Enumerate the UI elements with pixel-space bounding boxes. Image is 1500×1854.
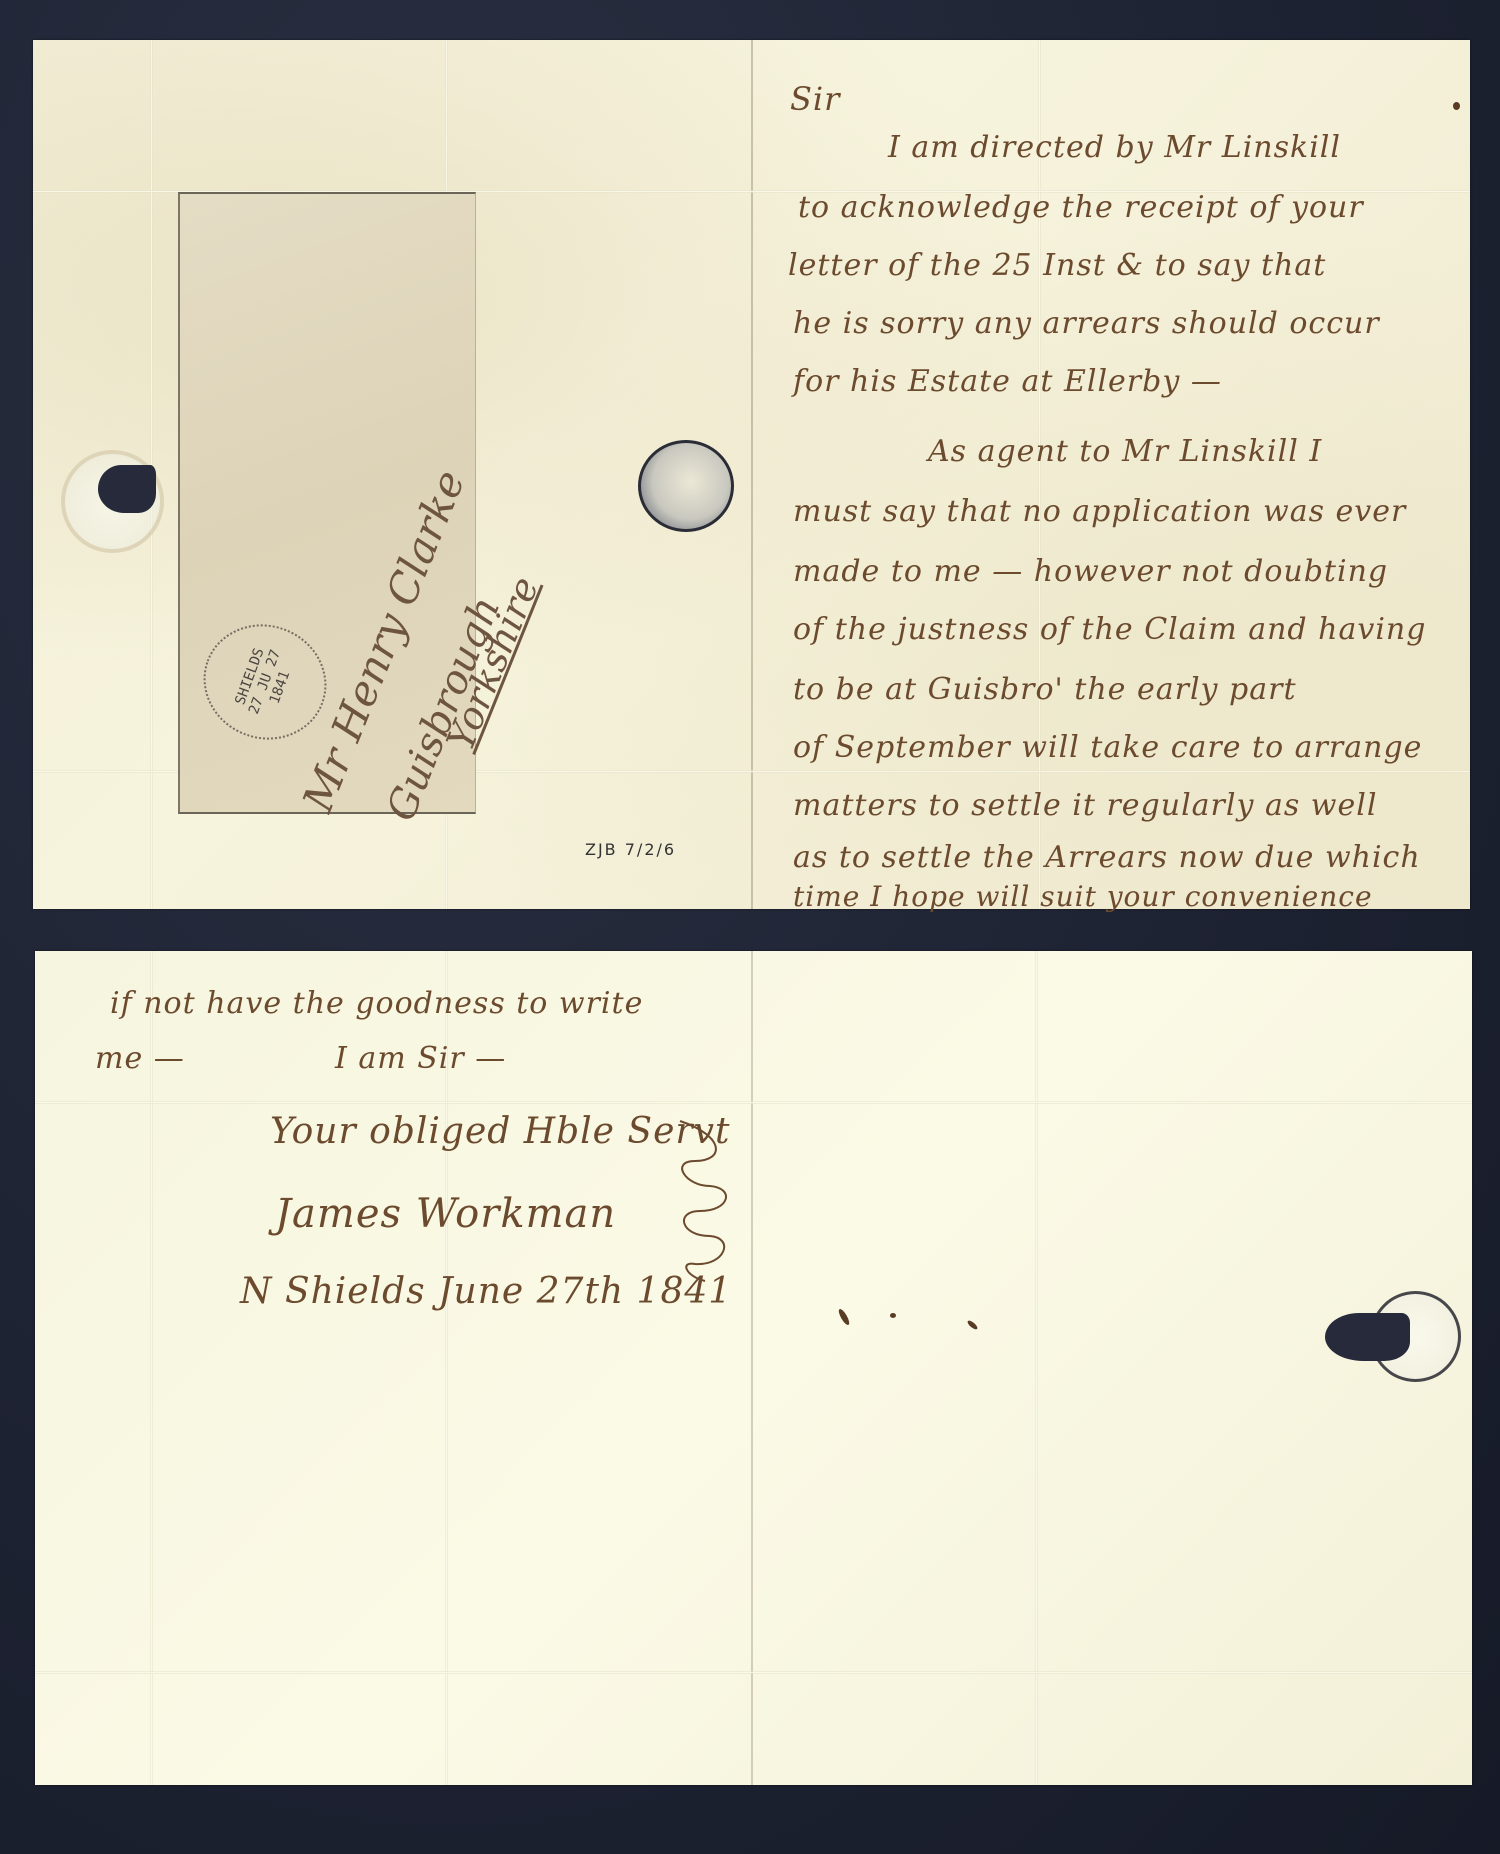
fold-line (1035, 951, 1038, 1785)
letter-line: of September will take care to arrange (793, 730, 1422, 765)
fold-line (35, 1101, 1472, 1104)
ink-offset-mark (890, 1313, 896, 1318)
letter-signature: James Workman (275, 1191, 616, 1237)
wax-seal (638, 440, 734, 532)
torn-seal-hole (98, 465, 156, 513)
fold-line (1038, 40, 1041, 909)
letter-line: for his Estate at Ellerby — (793, 364, 1222, 399)
letter-line: to acknowledge the receipt of your (798, 190, 1364, 225)
fold-line (445, 951, 448, 1785)
letter-line: of the justness of the Claim and having (793, 612, 1426, 647)
sheet-center-fold (751, 951, 753, 1785)
letter-line: time I hope will suit your convenience (793, 880, 1373, 913)
sheet-center-fold (751, 40, 753, 909)
letter-continuation-line: me — (95, 1041, 185, 1076)
ink-offset-mark (966, 1319, 978, 1331)
letter-continuation-line: if not have the goodness to write (110, 986, 643, 1021)
ink-offset-mark (837, 1308, 851, 1327)
fold-line (35, 1671, 1472, 1674)
letter-line: I am directed by Mr Linskill (888, 130, 1341, 165)
letter-line: he is sorry any arrears should occur (793, 306, 1380, 341)
torn-seal-hole (1325, 1313, 1410, 1361)
ink-spot (1453, 102, 1460, 110)
archive-reference: ZJB 7/2/6 (585, 840, 676, 859)
letter-line: as to settle the Arrears now due which (793, 840, 1421, 875)
letter-line: As agent to Mr Linskill I (928, 434, 1322, 469)
letter-line: made to me — however not doubting (793, 554, 1388, 589)
letter-closing: I am Sir — (335, 1041, 506, 1076)
signature-flourish (675, 1116, 735, 1286)
letter-line: must say that no application was ever (793, 494, 1406, 529)
letter-salutation: Sir (790, 80, 840, 118)
letter-valediction: Your obliged Hble Servt (270, 1111, 730, 1152)
letter-sheet-back: if not have the goodness to write me — I… (35, 951, 1472, 1785)
letter-line: letter of the 25 Inst & to say that (788, 248, 1326, 283)
letter-sheet-front: Mr Henry Clarke Guisbrough Yorkshire SHI… (33, 40, 1470, 909)
letter-place-date: N Shields June 27th 1841 (240, 1271, 732, 1312)
letter-line: matters to settle it regularly as well (793, 788, 1377, 823)
fold-line (150, 951, 153, 1785)
letter-line: to be at Guisbro' the early part (793, 672, 1297, 707)
postmark-text: SHIELDS 27 JU 27 1841 (231, 642, 299, 722)
